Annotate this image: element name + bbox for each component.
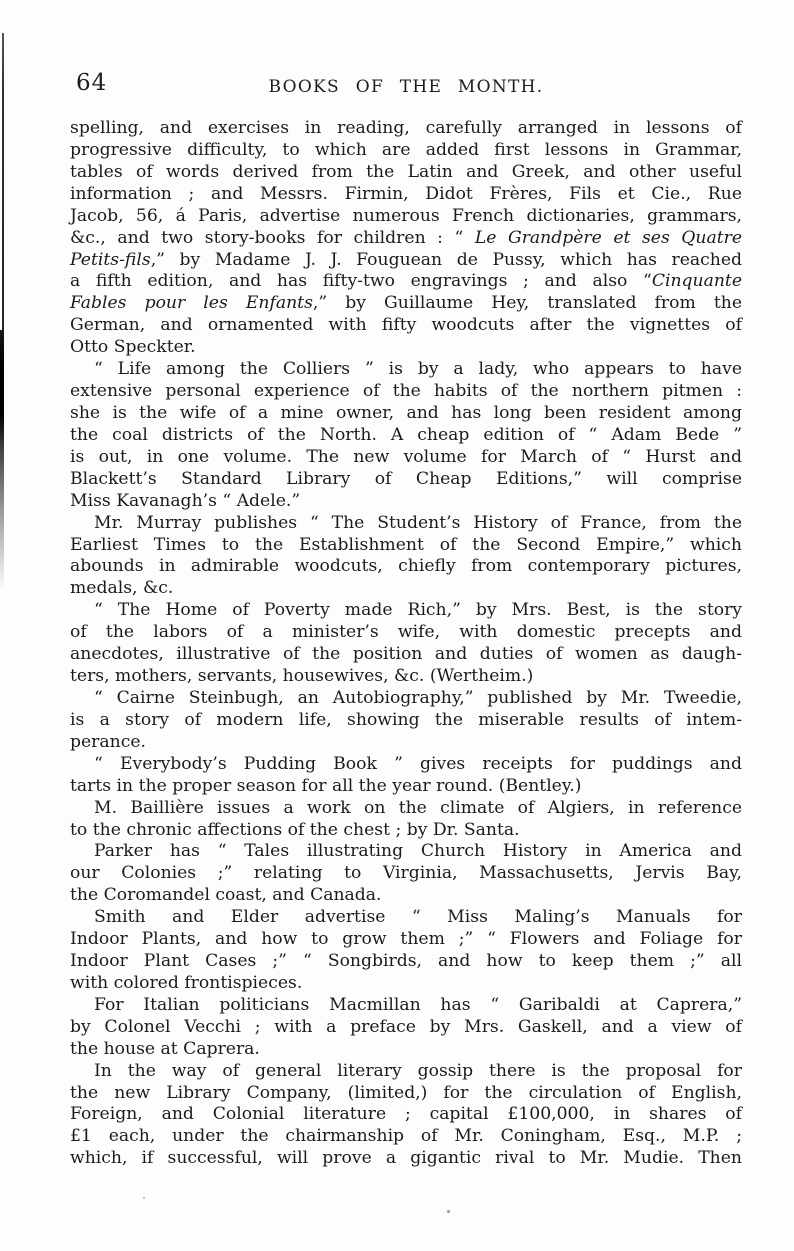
text-run: is out, in one volume. The new volume fo… [70, 447, 742, 467]
text-run: extensive personal experience of the hab… [70, 381, 742, 401]
text-run: Indoor Plant Cases ;” “ Songbirds, and h… [70, 951, 742, 971]
text-run: “ Everybody’s Pudding Book ” gives recei… [94, 754, 742, 774]
text-line: Blackett’s Standard Library of Cheap Edi… [70, 469, 742, 491]
text-run: perance. [70, 732, 146, 752]
text-line: the new Library Company, (limited,) for … [70, 1083, 742, 1105]
text-run: £1 each, under the chairmanship of Mr. C… [70, 1126, 742, 1146]
text-line: In the way of general literary gossip th… [70, 1061, 742, 1083]
text-run: Earliest Times to the Establishment of t… [70, 535, 742, 555]
text-run: the coal districts of the North. A cheap… [70, 425, 742, 445]
scan-edge-artifact [2, 33, 4, 333]
text-line: extensive personal experience of the hab… [70, 381, 742, 403]
text-run: Parker has “ Tales illustrating Church H… [94, 841, 742, 861]
italic-text: Le Grandpère et ses Quatre [475, 228, 742, 248]
text-run: Jacob, 56, á Paris, advertise numerous F… [70, 206, 742, 226]
text-run: tables of words derived from the Latin a… [70, 162, 742, 182]
text-line: “ Cairne Steinbugh, an Autobiography,” p… [70, 688, 742, 710]
text-line: which, if successful, will prove a gigan… [70, 1148, 742, 1170]
paragraph: “ Cairne Steinbugh, an Autobiography,” p… [70, 688, 742, 754]
text-line: tarts in the proper season for all the y… [70, 776, 742, 798]
text-line: Indoor Plant Cases ;” “ Songbirds, and h… [70, 951, 742, 973]
text-line: by Colonel Vecchi ; with a preface by Mr… [70, 1017, 742, 1039]
paragraph: For Italian politicians Macmillan has “ … [70, 995, 742, 1061]
text-run: Miss Kavanagh’s “ Adele.” [70, 491, 300, 511]
text-line: to the chronic affections of the chest ;… [70, 820, 742, 842]
text-line: &c., and two story-books for children : … [70, 228, 742, 250]
text-line: £1 each, under the chairmanship of Mr. C… [70, 1126, 742, 1148]
text-line: Earliest Times to the Establishment of t… [70, 535, 742, 557]
text-line: spelling, and exercises in reading, care… [70, 118, 742, 140]
text-run: ters, mothers, servants, housewives, &c.… [70, 666, 533, 686]
text-line: progressive difficulty, to which are add… [70, 140, 742, 162]
text-run: of the labors of a minister’s wife, with… [70, 622, 742, 642]
text-run: Smith and Elder advertise “ Miss Maling’… [94, 907, 742, 927]
text-run: Blackett’s Standard Library of Cheap Edi… [70, 469, 742, 489]
text-line: Fables pour les Enfants,” by Guillaume H… [70, 293, 742, 315]
text-line: ters, mothers, servants, housewives, &c.… [70, 666, 742, 688]
text-line: a fifth edition, and has fifty-two engra… [70, 271, 742, 293]
text-run: medals, &c. [70, 578, 173, 598]
text-line: perance. [70, 732, 742, 754]
text-run: information ; and Messrs. Firmin, Didot … [70, 184, 742, 204]
paragraph: “ The Home of Poverty made Rich,” by Mrs… [70, 600, 742, 688]
text-run: spelling, and exercises in reading, care… [70, 118, 742, 138]
text-line: Mr. Murray publishes “ The Student’s His… [70, 513, 742, 535]
text-run: Otto Speckter. [70, 337, 196, 357]
italic-text: Petits-fils [70, 250, 151, 270]
text-line: Otto Speckter. [70, 337, 742, 359]
italic-text: Fables pour les Enfants [70, 293, 313, 313]
text-run: to the chronic affections of the chest ;… [70, 820, 520, 840]
text-run: with colored frontispieces. [70, 973, 302, 993]
paragraph: In the way of general literary gossip th… [70, 1061, 742, 1171]
text-line: “ Life among the Colliers ” is by a lady… [70, 359, 742, 381]
text-line: she is the wife of a mine owner, and has… [70, 403, 742, 425]
italic-text: Cinquante [652, 271, 742, 291]
text-run: &c., and two story-books for children : … [70, 228, 475, 248]
text-line: Foreign, and Colonial literature ; capit… [70, 1104, 742, 1126]
text-line: the Coromandel coast, and Canada. [70, 885, 742, 907]
text-line: Jacob, 56, á Paris, advertise numerous F… [70, 206, 742, 228]
text-run: a fifth edition, and has fifty-two engra… [70, 271, 652, 291]
paragraph: M. Baillière issues a work on the climat… [70, 798, 742, 842]
paragraph: Parker has “ Tales illustrating Church H… [70, 841, 742, 907]
page-body: spelling, and exercises in reading, care… [70, 118, 742, 1170]
text-line: our Colonies ;” relating to Virginia, Ma… [70, 863, 742, 885]
text-run: tarts in the proper season for all the y… [70, 776, 581, 796]
text-run: anecdotes, illustrative of the position … [70, 644, 742, 664]
text-run: In the way of general literary gossip th… [94, 1061, 742, 1081]
text-line: Indoor Plants, and how to grow them ;” “… [70, 929, 742, 951]
text-line: Smith and Elder advertise “ Miss Maling’… [70, 907, 742, 929]
text-run: Foreign, and Colonial literature ; capit… [70, 1104, 742, 1124]
text-line: Petits-fils,” by Madame J. J. Fouguean d… [70, 250, 742, 272]
text-run: abounds in admirable woodcuts, chiefly f… [70, 556, 742, 576]
text-line: “ Everybody’s Pudding Book ” gives recei… [70, 754, 742, 776]
text-run: “ Cairne Steinbugh, an Autobiography,” p… [94, 688, 742, 708]
text-line: is a story of modern life, showing the m… [70, 710, 742, 732]
text-line: medals, &c. [70, 578, 742, 600]
text-run: which, if successful, will prove a gigan… [70, 1148, 742, 1168]
text-line: abounds in admirable woodcuts, chiefly f… [70, 556, 742, 578]
text-line: of the labors of a minister’s wife, with… [70, 622, 742, 644]
text-line: anecdotes, illustrative of the position … [70, 644, 742, 666]
text-run: the new Library Company, (limited,) for … [70, 1083, 742, 1103]
text-run: progressive difficulty, to which are add… [70, 140, 742, 160]
text-run: the Coromandel coast, and Canada. [70, 885, 382, 905]
text-run: For Italian politicians Macmillan has “ … [94, 995, 742, 1015]
scanned-book-page: 64 BOOKS OF THE MONTH. spelling, and exe… [0, 0, 794, 1251]
text-run: M. Baillière issues a work on the climat… [94, 798, 742, 818]
paragraph: spelling, and exercises in reading, care… [70, 118, 742, 359]
running-title: BOOKS OF THE MONTH. [70, 77, 742, 97]
text-run: “ The Home of Poverty made Rich,” by Mrs… [94, 600, 742, 620]
text-line: For Italian politicians Macmillan has “ … [70, 995, 742, 1017]
text-line: with colored frontispieces. [70, 973, 742, 995]
scan-spine-shadow [0, 330, 4, 590]
text-line: “ The Home of Poverty made Rich,” by Mrs… [70, 600, 742, 622]
text-run: German, and ornamented with fifty woodcu… [70, 315, 742, 335]
text-run: Indoor Plants, and how to grow them ;” “… [70, 929, 742, 949]
text-run: by Colonel Vecchi ; with a preface by Mr… [70, 1017, 742, 1037]
text-run: our Colonies ;” relating to Virginia, Ma… [70, 863, 742, 883]
text-run: is a story of modern life, showing the m… [70, 710, 742, 730]
text-run: ,” by Madame J. J. Fouguean de Pussy, wh… [151, 250, 742, 270]
paragraph: Smith and Elder advertise “ Miss Maling’… [70, 907, 742, 995]
text-line: information ; and Messrs. Firmin, Didot … [70, 184, 742, 206]
paragraph: “ Life among the Colliers ” is by a lady… [70, 359, 742, 512]
text-line: the coal districts of the North. A cheap… [70, 425, 742, 447]
ink-speck [143, 1197, 145, 1199]
text-line: German, and ornamented with fifty woodcu… [70, 315, 742, 337]
text-line: Miss Kavanagh’s “ Adele.” [70, 491, 742, 513]
text-run: the house at Caprera. [70, 1039, 260, 1059]
ink-speck [447, 1210, 450, 1213]
paragraph: “ Everybody’s Pudding Book ” gives recei… [70, 754, 742, 798]
text-run: she is the wife of a mine owner, and has… [70, 403, 742, 423]
text-run: ,” by Guillaume Hey, translated from the [313, 293, 742, 313]
text-line: the house at Caprera. [70, 1039, 742, 1061]
text-line: M. Baillière issues a work on the climat… [70, 798, 742, 820]
paragraph: Mr. Murray publishes “ The Student’s His… [70, 513, 742, 601]
text-run: “ Life among the Colliers ” is by a lady… [94, 359, 742, 379]
text-line: is out, in one volume. The new volume fo… [70, 447, 742, 469]
text-line: tables of words derived from the Latin a… [70, 162, 742, 184]
text-run: Mr. Murray publishes “ The Student’s His… [94, 513, 742, 533]
text-line: Parker has “ Tales illustrating Church H… [70, 841, 742, 863]
